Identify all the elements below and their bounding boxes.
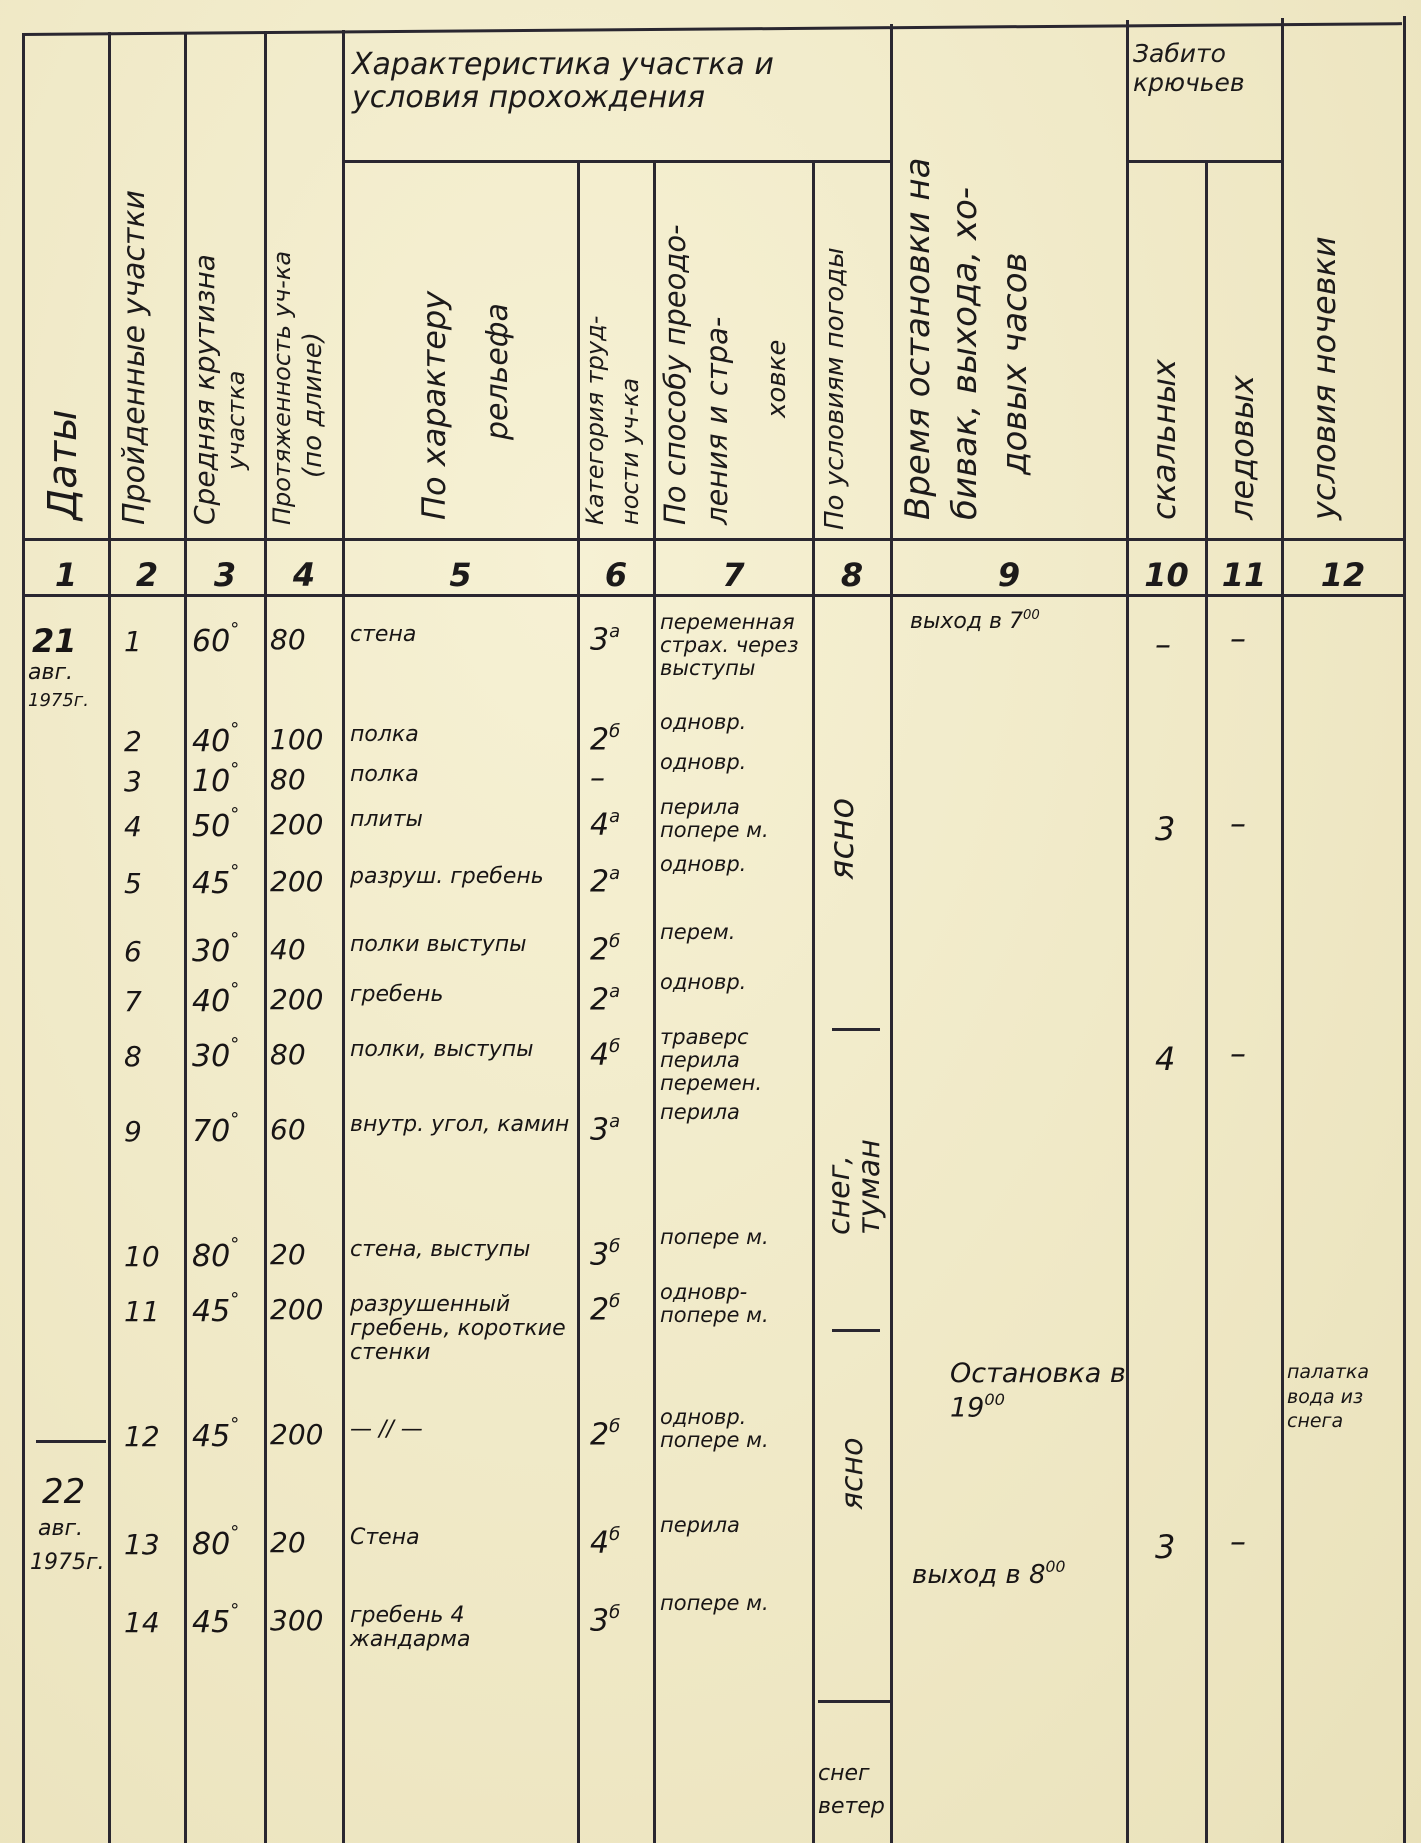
weather-divider-2: [832, 1329, 880, 1332]
subheader-line-pitons: [1126, 160, 1281, 163]
weather-divider-1: [832, 1028, 880, 1031]
difficulty-category: 2а: [590, 863, 620, 900]
group-header-characteristics: Характеристика участка и условия прохожд…: [352, 48, 882, 114]
section-number: 14: [124, 1606, 160, 1639]
section-number: 5: [124, 867, 142, 900]
pitons-ice-count: –: [1230, 619, 1246, 657]
pitons-ice-count: –: [1230, 1034, 1246, 1072]
date-1-day: 21: [32, 622, 77, 660]
header-time-line3: довых часов: [995, 252, 1035, 475]
passage-method: одновр. попере м.: [660, 1406, 810, 1452]
slope-value: 45°: [192, 1289, 239, 1329]
pitons-rock-count: –: [1155, 625, 1171, 663]
length-value: 80: [270, 763, 306, 796]
header-category-line1: Категория труд-: [581, 316, 609, 525]
pitons-rock-count: 3: [1155, 1528, 1175, 1566]
colnum-7: 7: [655, 556, 812, 594]
slope-value: 40°: [192, 719, 239, 759]
weather-snow-fog: снег, туман: [825, 1075, 885, 1235]
colnum-3: 3: [186, 556, 264, 594]
col-border-3: [264, 31, 267, 1843]
col-border-1: [108, 32, 111, 1843]
difficulty-category: 2б: [590, 1416, 620, 1453]
slope-value: 60°: [192, 619, 239, 659]
header-weather: По условиям погоды: [820, 247, 850, 530]
length-value: 300: [270, 1604, 323, 1637]
date-divider: [36, 1440, 106, 1443]
header-method-line1: По способу преодо-: [658, 224, 692, 525]
difficulty-category: 4а: [590, 806, 620, 843]
colnum-1: 1: [24, 556, 108, 594]
header-pitons-rock: скальных: [1145, 359, 1183, 520]
length-value: 200: [270, 1418, 323, 1451]
difficulty-category: 3б: [590, 1602, 620, 1639]
header-bottom-line: [22, 538, 1404, 541]
length-value: 80: [270, 623, 306, 656]
section-number: 1: [124, 625, 142, 658]
weather-clear-2: ясно: [835, 1437, 870, 1510]
passage-method: перила попере м.: [660, 796, 810, 842]
difficulty-category: 4б: [590, 1036, 620, 1073]
table-border-top: [22, 22, 1402, 36]
header-relief-line2: рельефа: [480, 303, 515, 440]
header-overnight: условия ночевки: [1305, 236, 1343, 520]
col-border-6: [653, 160, 656, 1843]
colnum-11: 11: [1207, 556, 1281, 594]
pitons-rock-count: 4: [1155, 1040, 1175, 1078]
passage-method: попере м.: [660, 1226, 810, 1249]
relief-description: Стена: [350, 1526, 575, 1550]
group-header-pitons: Забито крючьев: [1133, 40, 1278, 98]
pitons-ice-count: –: [1230, 804, 1246, 842]
subheader-line-characteristics: [343, 160, 890, 163]
section-number: 9: [124, 1115, 142, 1148]
section-number: 11: [124, 1295, 160, 1328]
passage-method: переменная страх. через выступы: [660, 611, 810, 680]
header-category-line2: ности уч-ка: [616, 378, 644, 525]
date-1-year: 1975г.: [28, 690, 89, 711]
relief-description: плиты: [350, 808, 575, 832]
passage-method: одновр.: [660, 853, 810, 876]
passage-method: одновр- попере м.: [660, 1281, 810, 1327]
col-border-0: [22, 33, 25, 1843]
header-dates: Даты: [40, 409, 86, 520]
relief-description: полки выступы: [350, 933, 575, 957]
header-method-line2: ления и стра-: [700, 317, 734, 525]
pitons-ice-count: –: [1230, 1522, 1246, 1560]
col-border-8: [890, 24, 893, 1843]
colnum-10: 10: [1128, 556, 1205, 594]
difficulty-category: –: [590, 761, 605, 796]
header-method-line3: ховке: [762, 340, 792, 418]
difficulty-category: 4б: [590, 1524, 620, 1561]
slope-value: 40°: [192, 979, 239, 1019]
slope-value: 45°: [192, 861, 239, 901]
slope-value: 45°: [192, 1600, 239, 1640]
difficulty-category: 3а: [590, 621, 620, 658]
weather-clear-1: ясно: [822, 798, 862, 880]
section-number: 13: [124, 1528, 160, 1561]
passage-method: перила: [660, 1101, 810, 1124]
colnum-8: 8: [814, 556, 890, 594]
date-2-month: авг.: [38, 1516, 83, 1541]
length-value: 20: [270, 1238, 306, 1271]
relief-description: стена, выступы: [350, 1238, 575, 1262]
length-value: 60: [270, 1113, 306, 1146]
passage-method: одновр.: [660, 971, 810, 994]
time-departure-1: выход в 700: [910, 608, 1040, 634]
relief-description: полки, выступы: [350, 1038, 575, 1062]
section-number: 8: [124, 1040, 142, 1073]
column-numbers-bottom-line: [22, 594, 1404, 597]
section-number: 6: [124, 935, 142, 968]
weather-snow-wind: снег ветер: [818, 1757, 888, 1823]
section-number: 10: [124, 1240, 160, 1273]
col-border-12: [1403, 16, 1406, 1843]
length-value: 80: [270, 1038, 306, 1071]
col-border-5: [577, 160, 580, 1843]
passage-method: попере м.: [660, 1592, 810, 1615]
header-slope-line2: участка: [222, 371, 250, 470]
date-2-year: 1975г.: [30, 1550, 105, 1575]
difficulty-category: 3а: [590, 1111, 620, 1148]
colnum-6: 6: [579, 556, 653, 594]
header-pitons-ice: ледовых: [1223, 375, 1261, 520]
relief-description: — // —: [350, 1418, 575, 1442]
header-relief-line1: По характеру: [415, 291, 453, 520]
length-value: 200: [270, 808, 323, 841]
relief-description: разрушенный гребень, короткие стенки: [350, 1293, 575, 1366]
header-time-line2: бивак, выхода, хо-: [945, 187, 985, 520]
length-value: 200: [270, 983, 323, 1016]
section-number: 4: [124, 810, 142, 843]
length-value: 200: [270, 865, 323, 898]
slope-value: 10°: [192, 759, 239, 799]
time-departure-2: выход в 800: [912, 1558, 1065, 1590]
length-value: 100: [270, 723, 323, 756]
route-log-table: Характеристика участка и условия прохожд…: [0, 0, 1421, 1843]
section-number: 2: [124, 725, 142, 758]
slope-value: 80°: [192, 1234, 239, 1274]
section-number: 7: [124, 985, 142, 1018]
col-border-2: [184, 32, 187, 1843]
relief-description: полка: [350, 723, 575, 747]
header-time-line1: Время остановки на: [898, 158, 938, 520]
colnum-4: 4: [266, 556, 342, 594]
slope-value: 80°: [192, 1522, 239, 1562]
length-value: 20: [270, 1526, 306, 1559]
passage-method: перила: [660, 1514, 810, 1537]
col-border-11: [1281, 18, 1284, 1843]
section-number: 12: [124, 1420, 160, 1453]
colnum-9: 9: [892, 556, 1126, 594]
difficulty-category: 2а: [590, 981, 620, 1018]
slope-value: 45°: [192, 1414, 239, 1454]
header-length-line1: Протяженность уч-ка: [268, 251, 296, 525]
relief-description: гребень: [350, 983, 575, 1007]
relief-description: гребень 4 жандарма: [350, 1604, 575, 1652]
relief-description: полка: [350, 763, 575, 787]
col-border-4: [342, 30, 345, 1843]
length-value: 40: [270, 933, 306, 966]
header-slope-line1: Средняя крутизна: [188, 254, 221, 525]
difficulty-category: 2б: [590, 931, 620, 968]
slope-value: 30°: [192, 929, 239, 969]
relief-description: стена: [350, 623, 575, 647]
col-border-7: [812, 160, 815, 1843]
passage-method: одновр.: [660, 751, 810, 774]
pitons-rock-count: 3: [1155, 810, 1175, 848]
relief-description: разруш. гребень: [350, 865, 575, 889]
slope-value: 50°: [192, 804, 239, 844]
colnum-12: 12: [1283, 556, 1403, 594]
header-length-line2: (по длине): [298, 332, 328, 478]
relief-description: внутр. угол, камин: [350, 1113, 575, 1137]
length-value: 200: [270, 1293, 323, 1326]
colnum-5: 5: [344, 556, 577, 594]
colnum-2: 2: [110, 556, 184, 594]
date-1-month: авг.: [28, 660, 73, 685]
difficulty-category: 2б: [590, 1291, 620, 1328]
weather-divider-3: [818, 1700, 890, 1703]
header-sections: Пройденные участки: [117, 190, 152, 525]
passage-method: перем.: [660, 921, 810, 944]
difficulty-category: 3б: [590, 1236, 620, 1273]
slope-value: 30°: [192, 1034, 239, 1074]
passage-method: одновр.: [660, 711, 810, 734]
section-number: 3: [124, 765, 142, 798]
col-border-10: [1205, 160, 1208, 1843]
difficulty-category: 2б: [590, 721, 620, 758]
date-2-day: 22: [42, 1472, 85, 1512]
overnight-conditions: палатка вода из снега: [1287, 1360, 1403, 1434]
col-border-9: [1126, 20, 1129, 1843]
passage-method: траверс перила перемен.: [660, 1026, 810, 1095]
time-stop: Остановка в 1900: [950, 1358, 1130, 1425]
slope-value: 70°: [192, 1109, 239, 1149]
